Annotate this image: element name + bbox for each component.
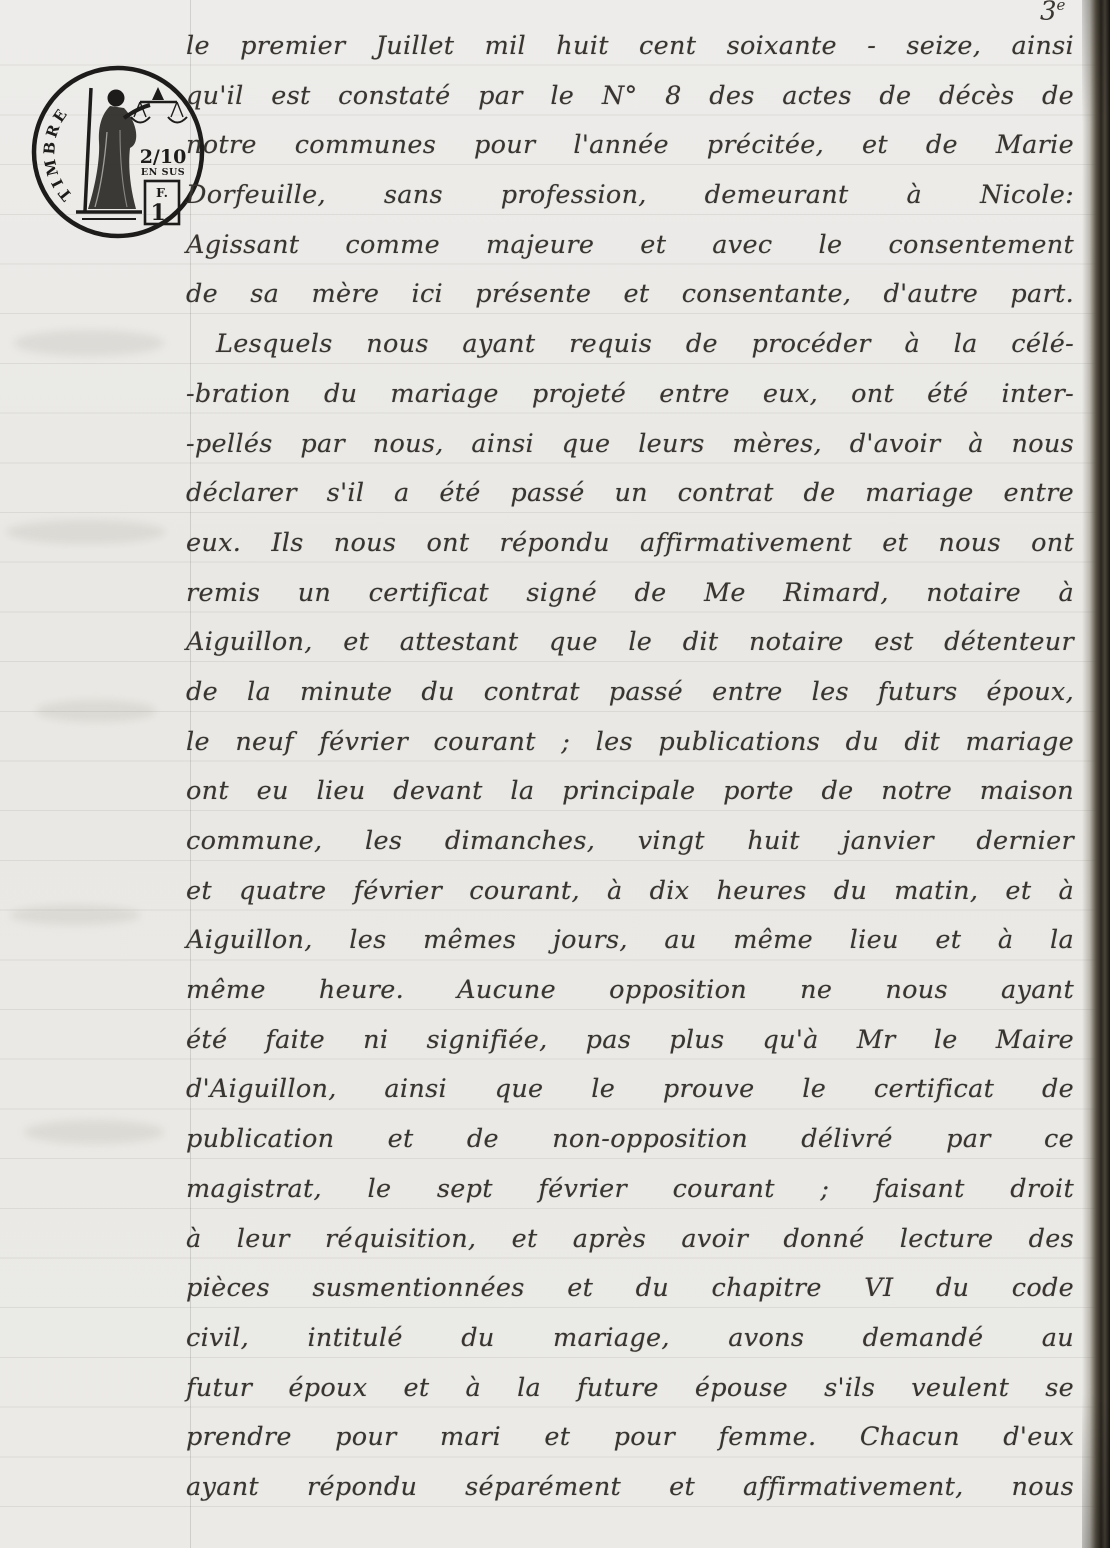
manuscript-line: le premier Juillet mil huit cent soixant… [186, 22, 1074, 72]
manuscript-line: prendre pour mari et pour femme. Chacun … [186, 1413, 1074, 1463]
bleedthrough-smudge [36, 700, 156, 722]
manuscript-line: à leur réquisition, et après avoir donné… [186, 1215, 1074, 1265]
manuscript-line: Agissant comme majeure et avec le consen… [186, 221, 1074, 271]
manuscript-line: déclarer s'il a été passé un contrat de … [186, 469, 1074, 519]
manuscript-line: le neuf février courant ; les publicatio… [186, 718, 1074, 768]
manuscript-line: commune, les dimanches, vingt huit janvi… [186, 817, 1074, 867]
manuscript-line: été faite ni signifiée, pas plus qu'à Mr… [186, 1016, 1074, 1066]
svg-text:F.: F. [156, 185, 168, 200]
manuscript-line: pièces susmentionnées et du chapitre VI … [186, 1264, 1074, 1314]
svg-text:2/10: 2/10 [140, 146, 187, 168]
manuscript-line: remis un certificat signé de Me Rimard, … [186, 569, 1074, 619]
manuscript-line: publication et de non-opposition délivré… [186, 1115, 1074, 1165]
manuscript-line: notre communes pour l'année précitée, et… [186, 121, 1074, 171]
manuscript-line: magistrat, le sept février courant ; fai… [186, 1165, 1074, 1215]
stamp-denomination: F. 1. [145, 181, 179, 226]
manuscript-line: même heure. Aucune opposition ne nous ay… [186, 966, 1074, 1016]
manuscript-line: eux. Ils nous ont répondu affirmativemen… [186, 519, 1074, 569]
manuscript-line: d'Aiguillon, ainsi que le prouve le cert… [186, 1065, 1074, 1115]
manuscript-line: Lesquels nous ayant requis de procéder à… [186, 320, 1074, 370]
manuscript-line: ayant répondu séparément et affirmativem… [186, 1463, 1074, 1513]
manuscript-line: ont eu lieu devant la principale porte d… [186, 767, 1074, 817]
bleedthrough-smudge [10, 905, 140, 925]
bleedthrough-smudge [14, 330, 164, 356]
svg-text:EN SUS: EN SUS [141, 167, 185, 178]
manuscript-line: -bration du mariage projeté entre eux, o… [186, 370, 1074, 420]
bleedthrough-smudge [6, 520, 166, 544]
scanned-register-page: { "page": { "number_base": "3", "number_… [0, 0, 1110, 1548]
revenue-stamp: TIMBRE 2/10 EN SUS F. 1. [28, 60, 208, 245]
manuscript-line: qu'il est constaté par le N° 8 des actes… [186, 72, 1074, 122]
bleedthrough-smudge [24, 1120, 164, 1144]
manuscript-line: Dorfeuille, sans profession, demeurant à… [186, 171, 1074, 221]
stamp-rate: 2/10 EN SUS [140, 146, 187, 178]
manuscript-line: Aiguillon, les mêmes jours, au même lieu… [186, 916, 1074, 966]
binding-edge [1082, 0, 1110, 1548]
stamp-arc-text: TIMBRE [40, 103, 76, 204]
manuscript-line: de sa mère ici présente et consentante, … [186, 270, 1074, 320]
manuscript-text-block: le premier Juillet mil huit cent soixant… [186, 22, 1074, 1513]
manuscript-line: civil, intitulé du mariage, avons demand… [186, 1314, 1074, 1364]
manuscript-line: Aiguillon, et attestant que le dit notai… [186, 618, 1074, 668]
manuscript-line: futur époux et à la future épouse s'ils … [186, 1364, 1074, 1414]
manuscript-line: et quatre février courant, à dix heures … [186, 867, 1074, 917]
manuscript-line: de la minute du contrat passé entre les … [186, 668, 1074, 718]
manuscript-line: -pellés par nous, ainsi que leurs mères,… [186, 420, 1074, 470]
svg-text:1.: 1. [151, 200, 174, 226]
